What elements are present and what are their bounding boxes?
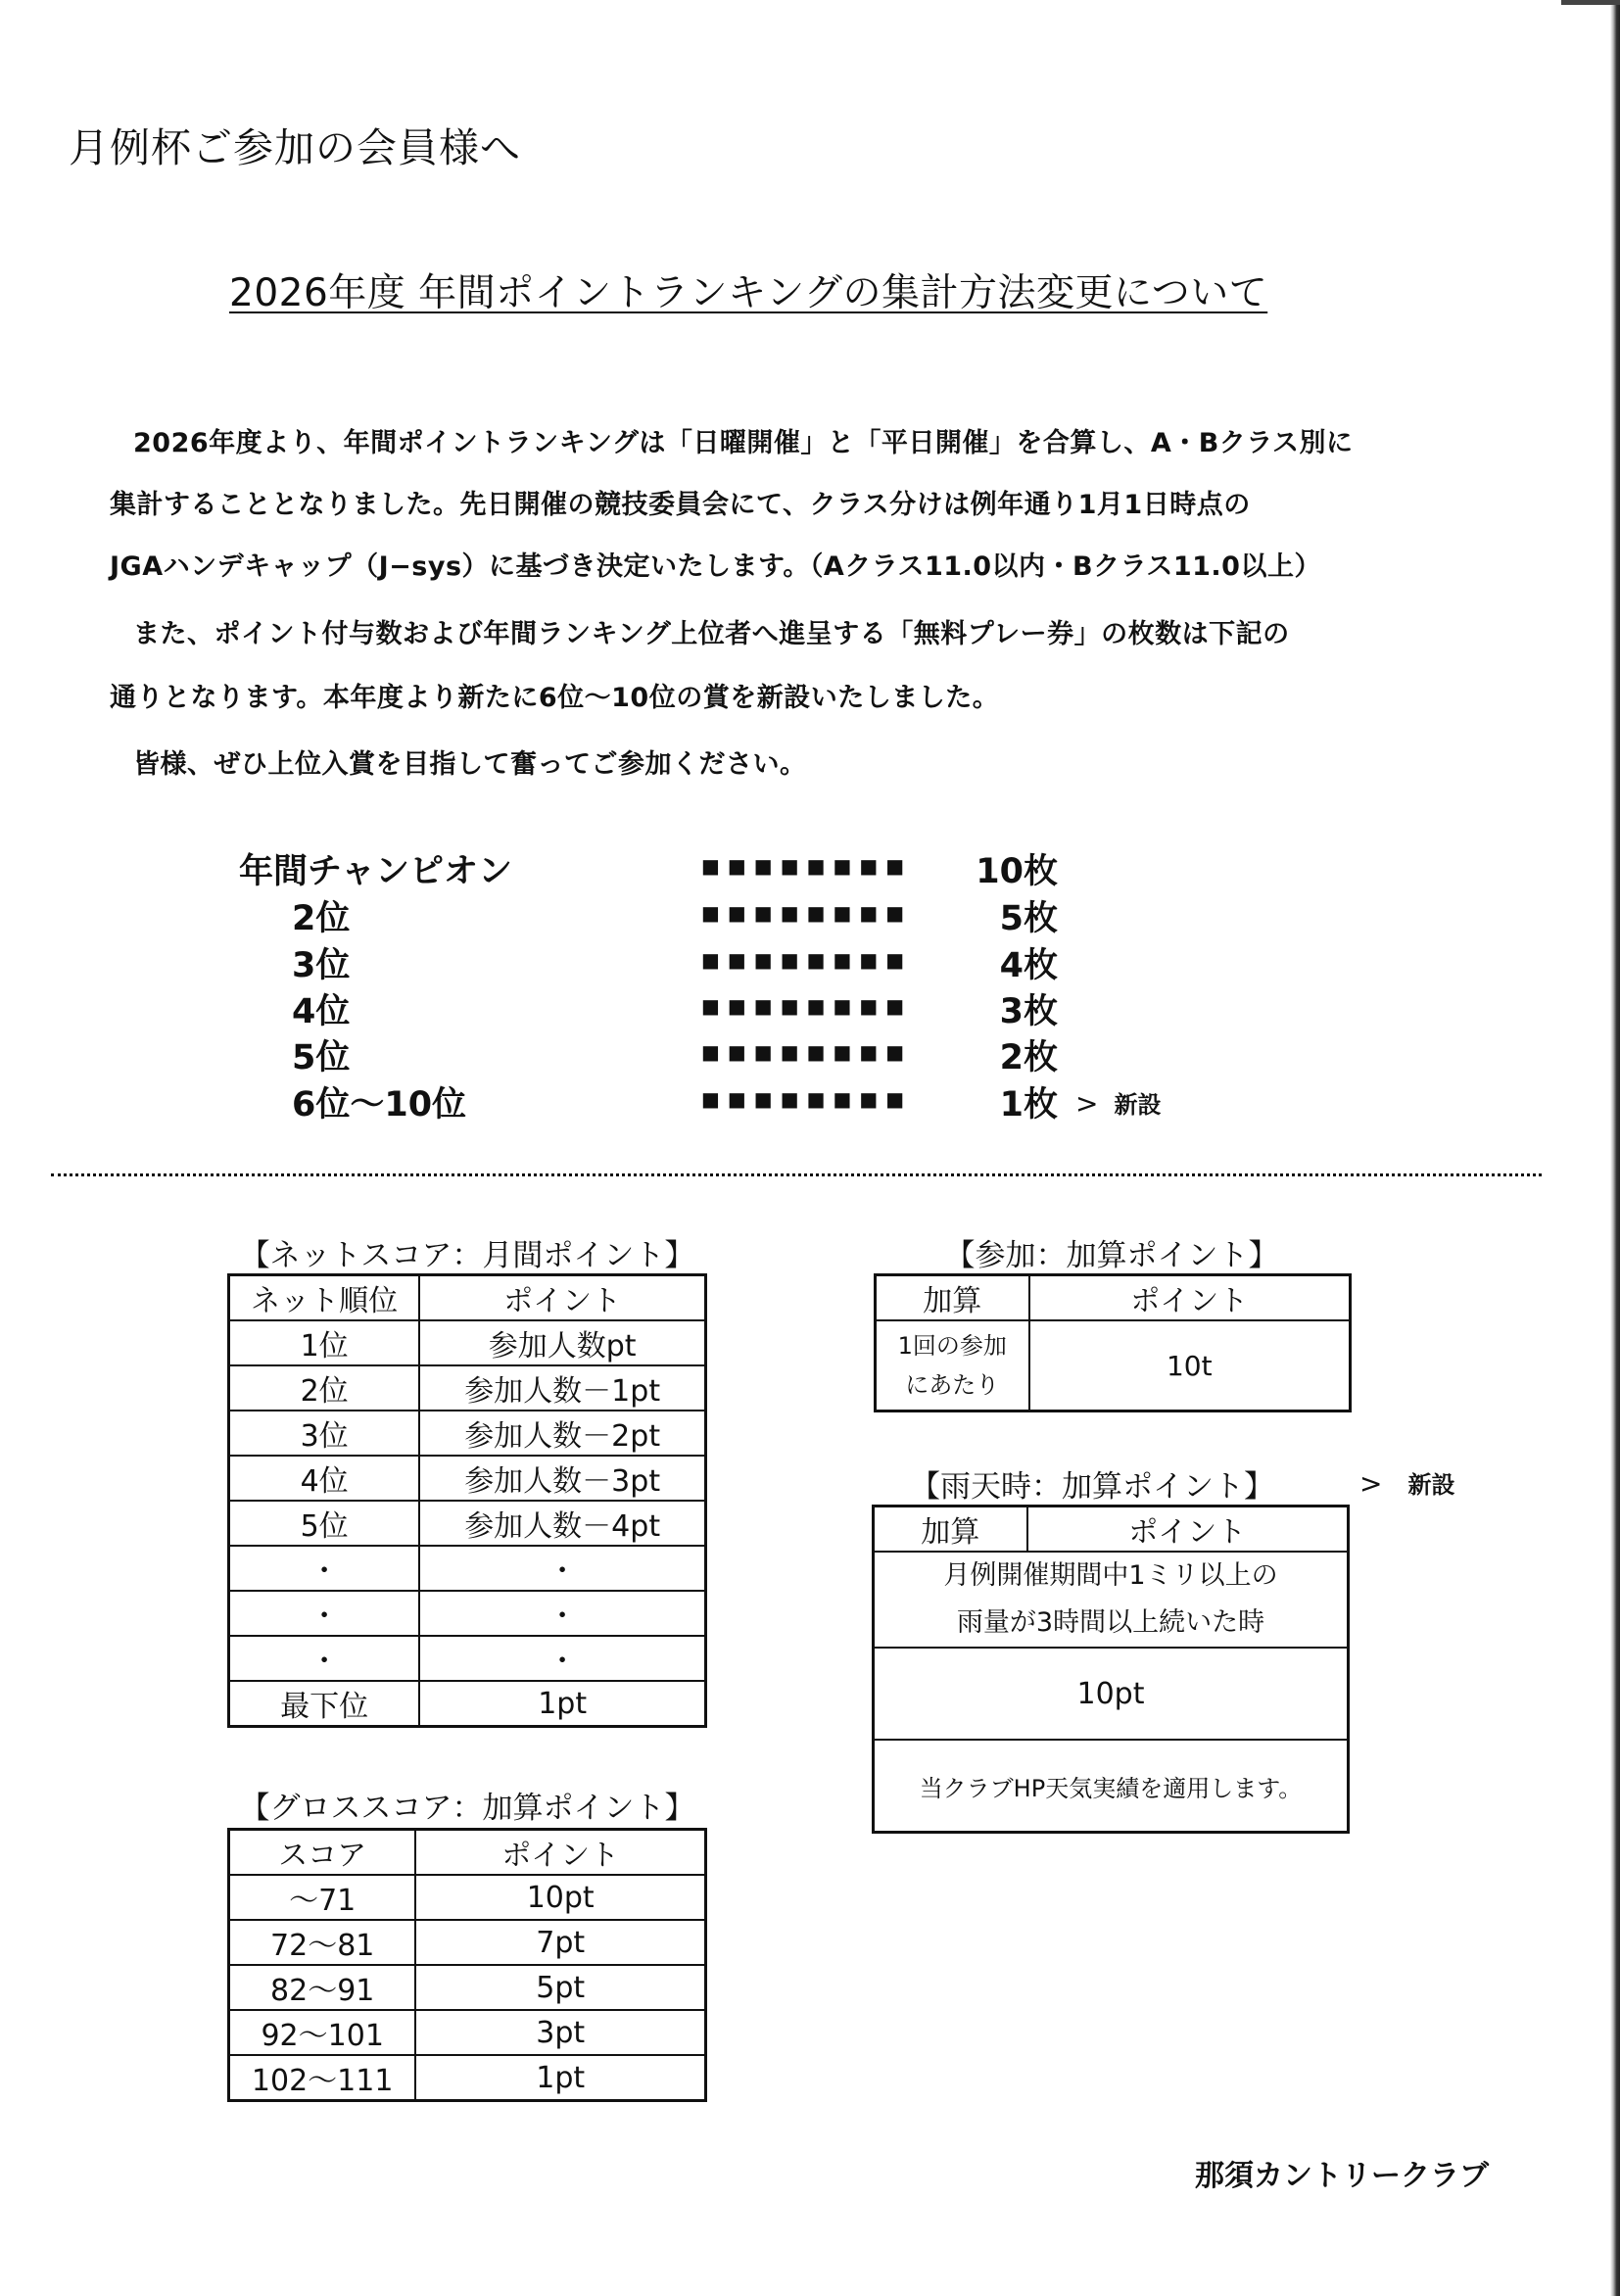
column-header: スコア: [229, 1830, 416, 1876]
leader-dots: ■■■■■■■■: [701, 994, 912, 1018]
rain-table: 加算 ポイント 月例開催期間中1ミリ以上の 雨量が3時間以上続いた時 10pt …: [872, 1505, 1350, 1834]
prize-rank: 5位: [292, 1030, 350, 1079]
score-range-cell: 82～91: [229, 1965, 416, 2010]
score-range-cell: 92～101: [229, 2010, 416, 2055]
points-cell: 参加人数－2pt: [419, 1411, 705, 1456]
new-label: 新設: [1114, 1091, 1161, 1119]
table-row: 5位参加人数－4pt: [229, 1501, 706, 1546]
leader-dots: ■■■■■■■■: [701, 901, 912, 925]
points-cell: 10pt: [415, 1875, 705, 1920]
column-header: ポイント: [1029, 1275, 1351, 1321]
ellipsis-cell: ・: [419, 1636, 705, 1681]
ellipsis-cell: ・: [419, 1591, 705, 1636]
paragraph-line: 通りとなります。本年度より新たに6位～10位の賞を新設いたしました。: [110, 676, 999, 714]
prize-rank: 2位: [292, 891, 350, 940]
table-row: 当クラブHP天気実績を適用します。: [874, 1740, 1349, 1833]
paragraph-line: 皆様、ぜひ上位入賞を目指して奮ってご参加ください。: [133, 742, 807, 781]
condition-line: にあたり: [877, 1365, 1028, 1405]
prize-rank: 3位: [292, 938, 350, 987]
rank-cell: 4位: [229, 1456, 420, 1501]
points-cell: 10t: [1029, 1320, 1351, 1411]
table-row: 最下位1pt: [229, 1681, 706, 1727]
gross-score-table: スコア ポイント ～7110pt 72～817pt 82～915pt 92～10…: [227, 1828, 707, 2102]
prize-rank: 4位: [292, 984, 350, 1033]
table-header-row: ネット順位 ポイント: [229, 1275, 706, 1321]
leader-dots: ■■■■■■■■: [701, 1087, 912, 1111]
rank-cell: 1位: [229, 1320, 420, 1365]
points-cell: 7pt: [415, 1920, 705, 1965]
table-row: 月例開催期間中1ミリ以上の 雨量が3時間以上続いた時: [874, 1552, 1349, 1648]
points-cell: 参加人数－3pt: [419, 1456, 705, 1501]
condition-cell: 1回の参加 にあたり: [876, 1320, 1029, 1411]
table-row: 1回の参加 にあたり 10t: [876, 1320, 1351, 1411]
net-score-table: ネット順位 ポイント 1位参加人数pt 2位参加人数－1pt 3位参加人数－2p…: [227, 1273, 707, 1728]
club-name: 那須カントリークラブ: [1195, 2151, 1489, 2194]
rank-cell: 最下位: [229, 1681, 420, 1727]
column-header: ネット順位: [229, 1275, 420, 1321]
points-cell: 5pt: [415, 1965, 705, 2010]
leader-dots: ■■■■■■■■: [701, 948, 912, 972]
table-row: ・・: [229, 1591, 706, 1636]
arrow-icon: >: [1359, 1467, 1382, 1500]
table-row: 4位参加人数－3pt: [229, 1456, 706, 1501]
points-cell: 1pt: [415, 2055, 705, 2101]
paragraph-line: 集計することとなりました。先日開催の競技委員会にて、クラス分けは例年通り1月1日…: [110, 483, 1251, 521]
table-header-row: 加算 ポイント: [876, 1275, 1351, 1321]
paragraph-line: JGAハンデキャップ（J−sys）に基づき決定いたします。（Aクラス11.0以内…: [110, 545, 1321, 583]
section-divider: [51, 1173, 1542, 1176]
new-label: 新設: [1407, 1471, 1454, 1499]
score-range-cell: 102～111: [229, 2055, 416, 2101]
table-row: 2位参加人数－1pt: [229, 1365, 706, 1411]
table-row: ・・: [229, 1546, 706, 1591]
column-header: 加算: [874, 1507, 1027, 1553]
footnote-cell: 当クラブHP天気実績を適用します。: [874, 1740, 1349, 1833]
condition-line: 月例開催期間中1ミリ以上の: [875, 1553, 1347, 1600]
prize-count: 5枚: [950, 891, 1058, 940]
points-cell: 参加人数－1pt: [419, 1365, 705, 1411]
table-row: 92～1013pt: [229, 2010, 706, 2055]
column-header: ポイント: [1027, 1507, 1349, 1553]
prize-count: 2枚: [950, 1030, 1058, 1079]
prize-rank: 6位～10位: [292, 1077, 466, 1126]
table-row: 72～817pt: [229, 1920, 706, 1965]
condition-line: 1回の参加: [877, 1326, 1028, 1365]
ellipsis-cell: ・: [229, 1546, 420, 1591]
leader-dots: ■■■■■■■■: [701, 854, 912, 878]
points-cell: 参加人数pt: [419, 1320, 705, 1365]
net-score-caption: 【ネットスコア：月間ポイント】: [227, 1230, 707, 1274]
new-badge: >新設: [1359, 1465, 1454, 1500]
rank-cell: 5位: [229, 1501, 420, 1546]
paragraph-line: また、ポイント付与数および年間ランキング上位者へ進呈する「無料プレー券」の枚数は…: [133, 612, 1290, 650]
rank-cell: 3位: [229, 1411, 420, 1456]
points-cell: 10pt: [874, 1648, 1349, 1740]
column-header: ポイント: [419, 1275, 705, 1321]
paragraph-line: 2026年度より、年間ポイントランキングは「日曜開催」と「平日開催」を合算し、A…: [133, 421, 1354, 459]
prize-count: 10枚: [950, 844, 1058, 893]
table-row: 82～915pt: [229, 1965, 706, 2010]
new-badge: >新設: [1075, 1085, 1161, 1120]
gross-score-caption: 【グロススコア：加算ポイント】: [227, 1783, 707, 1827]
table-header-row: 加算 ポイント: [874, 1507, 1349, 1553]
scan-page-edge-top: [1561, 0, 1620, 5]
table-row: ～7110pt: [229, 1875, 706, 1920]
leader-dots: ■■■■■■■■: [701, 1040, 912, 1064]
ellipsis-cell: ・: [229, 1636, 420, 1681]
score-range-cell: 72～81: [229, 1920, 416, 1965]
column-header: 加算: [876, 1275, 1029, 1321]
prize-rank: 年間チャンピオン: [239, 844, 512, 893]
scan-page-edge: [1610, 0, 1620, 2296]
table-row: 1位参加人数pt: [229, 1320, 706, 1365]
participation-caption: 【参加：加算ポイント】: [872, 1230, 1352, 1274]
table-row: 102～1111pt: [229, 2055, 706, 2101]
participation-table: 加算 ポイント 1回の参加 にあたり 10t: [874, 1273, 1352, 1412]
rain-caption: 【雨天時：加算ポイント】: [872, 1461, 1312, 1506]
ellipsis-cell: ・: [419, 1546, 705, 1591]
rain-condition-cell: 月例開催期間中1ミリ以上の 雨量が3時間以上続いた時: [874, 1552, 1349, 1648]
ellipsis-cell: ・: [229, 1591, 420, 1636]
table-header-row: スコア ポイント: [229, 1830, 706, 1876]
score-range-cell: ～71: [229, 1875, 416, 1920]
prize-count: 4枚: [950, 938, 1058, 987]
table-row: ・・: [229, 1636, 706, 1681]
table-row: 3位参加人数－2pt: [229, 1411, 706, 1456]
condition-line: 雨量が3時間以上続いた時: [875, 1600, 1347, 1647]
points-cell: 1pt: [419, 1681, 705, 1727]
document-title: 2026年度 年間ポイントランキングの集計方法変更について: [229, 263, 1267, 317]
rank-cell: 2位: [229, 1365, 420, 1411]
prize-count: 1枚: [950, 1077, 1058, 1126]
table-row: 10pt: [874, 1648, 1349, 1740]
arrow-icon: >: [1075, 1087, 1098, 1120]
column-header: ポイント: [415, 1830, 705, 1876]
points-cell: 3pt: [415, 2010, 705, 2055]
salutation: 月例杯ご参加の会員様へ: [69, 116, 521, 173]
points-cell: 参加人数－4pt: [419, 1501, 705, 1546]
prize-count: 3枚: [950, 984, 1058, 1033]
